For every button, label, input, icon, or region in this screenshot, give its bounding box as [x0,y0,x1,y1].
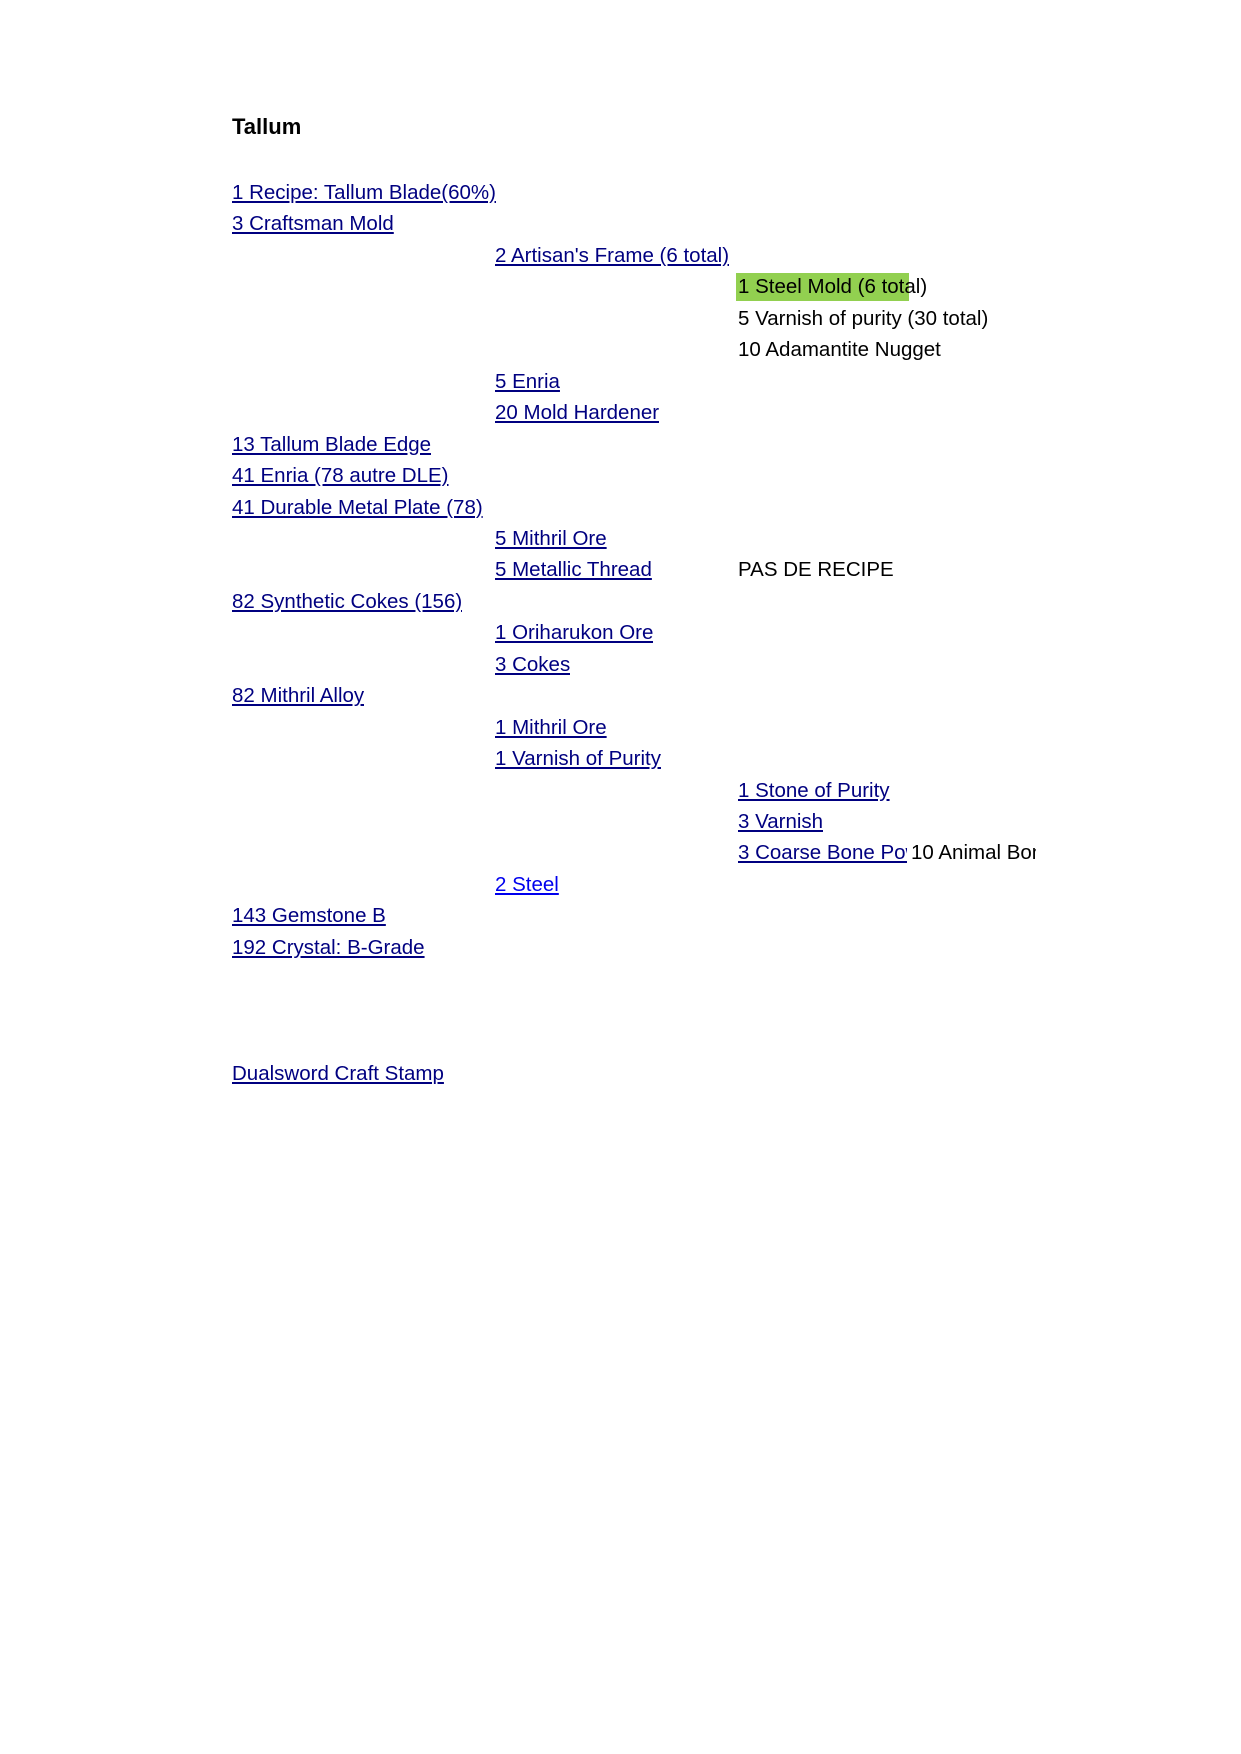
item-link[interactable]: 3 Cokes [495,651,570,679]
item-link[interactable]: 2 Steel [495,871,559,899]
item-link[interactable]: 3 Varnish [738,808,823,836]
item-text: 10 Adamantite Nugget [738,336,941,364]
item-link[interactable]: 2 Artisan's Frame (6 total) [495,242,729,270]
item-label[interactable]: 1 Oriharukon Ore [495,621,653,644]
item-text: PAS DE RECIPE [738,556,894,584]
item-link[interactable]: 5 Mithril Ore [495,525,607,553]
item-link[interactable]: Dualsword Craft Stamp [232,1060,444,1088]
item-text: 1 Steel Mold (6 total) [738,273,927,301]
item-link[interactable]: 13 Tallum Blade Edge [232,431,431,459]
item-label[interactable]: 13 Tallum Blade Edge [232,433,431,456]
item-label[interactable]: 5 Metallic Thread [495,558,652,581]
item-label[interactable]: 3 Varnish [738,810,823,833]
item-label: PAS DE RECIPE [738,558,894,581]
item-label[interactable]: 5 Enria [495,370,560,393]
item-link[interactable]: 82 Synthetic Cokes (156) [232,588,462,616]
item-label: 10 Animal Bone [911,841,1036,864]
sheet-title: Tallum [232,114,301,140]
item-label[interactable]: 41 Durable Metal Plate (78) [232,496,483,519]
item-link[interactable]: 20 Mold Hardener [495,399,659,427]
item-label[interactable]: Dualsword Craft Stamp [232,1062,444,1085]
item-link[interactable]: 1 Recipe: Tallum Blade(60%) [232,179,496,207]
item-link[interactable]: 41 Enria (78 autre DLE) [232,462,449,490]
item-label[interactable]: 1 Varnish of Purity [495,747,661,770]
item-link[interactable]: 1 Oriharukon Ore [495,619,653,647]
item-label: 5 Varnish of purity (30 total) [738,307,988,330]
item-label[interactable]: 143 Gemstone B [232,904,386,927]
item-label: 10 Adamantite Nugget [738,338,941,361]
item-text: 10 Animal Bone [911,839,1036,867]
item-label[interactable]: 2 Artisan's Frame (6 total) [495,244,729,267]
item-label[interactable]: 2 Steel [495,873,559,896]
item-link[interactable]: 1 Stone of Purity [738,777,890,805]
item-link[interactable]: 5 Metallic Thread [495,556,652,584]
item-label[interactable]: 1 Mithril Ore [495,716,607,739]
item-label[interactable]: 3 Cokes [495,653,570,676]
item-label[interactable]: 82 Synthetic Cokes (156) [232,590,462,613]
item-link[interactable]: 1 Mithril Ore [495,714,607,742]
item-label[interactable]: 41 Enria (78 autre DLE) [232,464,449,487]
item-link[interactable]: 3 Coarse Bone Powder [738,839,907,867]
item-label[interactable]: 82 Mithril Alloy [232,684,364,707]
item-label[interactable]: 3 Coarse Bone Powder [738,841,907,864]
item-label: 1 Steel Mold (6 total) [738,275,927,298]
item-label[interactable]: 1 Stone of Purity [738,779,890,802]
item-link[interactable]: 192 Crystal: B-Grade [232,934,425,962]
item-label[interactable]: 5 Mithril Ore [495,527,607,550]
item-text: 5 Varnish of purity (30 total) [738,305,988,333]
item-link[interactable]: 5 Enria [495,368,560,396]
item-link[interactable]: 1 Varnish of Purity [495,745,661,773]
item-label[interactable]: 20 Mold Hardener [495,401,659,424]
item-link[interactable]: 3 Craftsman Mold [232,210,394,238]
item-link[interactable]: 41 Durable Metal Plate (78) [232,494,483,522]
item-link[interactable]: 82 Mithril Alloy [232,682,364,710]
item-label[interactable]: 1 Recipe: Tallum Blade(60%) [232,181,496,204]
item-label[interactable]: 3 Craftsman Mold [232,212,394,235]
item-label[interactable]: 192 Crystal: B-Grade [232,936,425,959]
item-link[interactable]: 143 Gemstone B [232,902,386,930]
